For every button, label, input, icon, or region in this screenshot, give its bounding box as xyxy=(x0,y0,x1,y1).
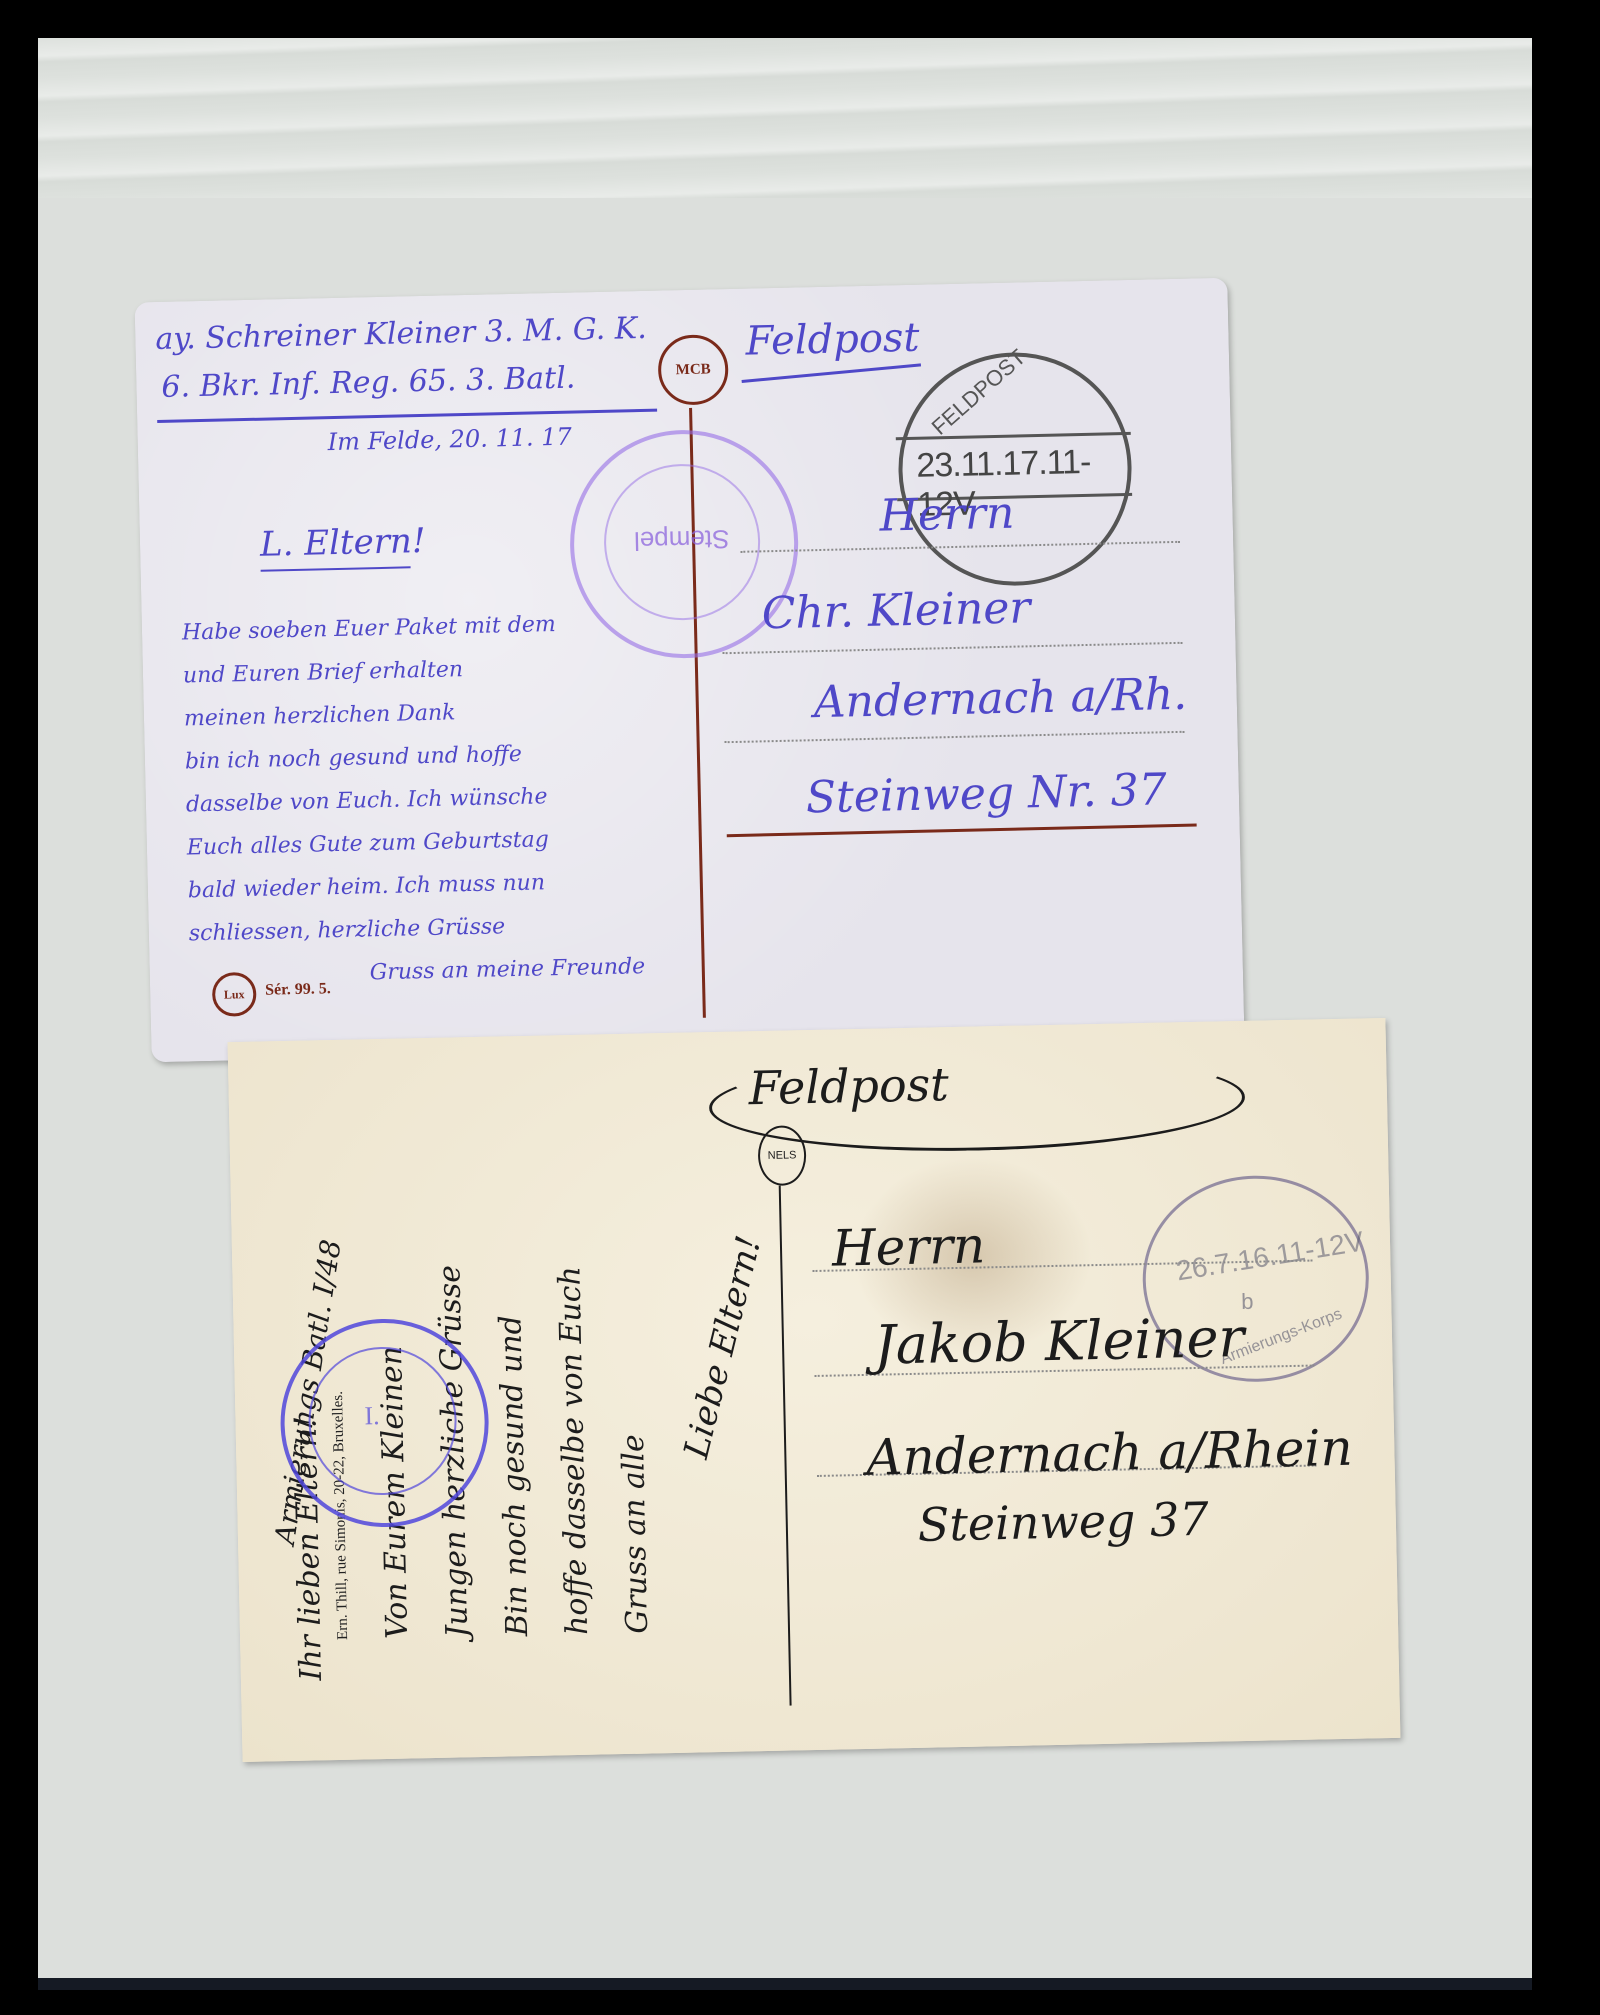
postcard-top: ay. Schreiner Kleiner 3. M. G. K. 6. Bkr… xyxy=(135,278,1245,1063)
message-line: Gruss an alle xyxy=(616,1434,655,1634)
nels-logo-icon: NELS xyxy=(757,1125,806,1186)
address-salutation: Herrn xyxy=(879,488,1015,542)
address-line xyxy=(725,731,1185,743)
background-strip xyxy=(38,1978,1532,1990)
address-city: Andernach a/Rh. xyxy=(813,669,1187,728)
message-line: Bin noch gesund und xyxy=(493,1315,535,1637)
greeting: Liebe Eltern! xyxy=(676,1232,769,1463)
feldpost-mark: Feldpost xyxy=(745,315,920,365)
feldpost-postmark: FELDPOST 23.11.17.11-12V xyxy=(896,350,1134,588)
sender-line-1: ay. Schreiner Kleiner 3. M. G. K. xyxy=(155,311,647,357)
address-city: Andernach a/Rhein xyxy=(866,1419,1353,1487)
feldpost-underline xyxy=(742,363,922,383)
address-street: Steinweg 37 xyxy=(917,1492,1209,1552)
address-name: Jakob Kleiner xyxy=(873,1306,1244,1377)
address-line xyxy=(723,642,1183,654)
address-street: Steinweg Nr. 37 xyxy=(805,764,1167,823)
sender-line-2: 6. Bkr. Inf. Reg. 65. 3. Batl. xyxy=(161,361,576,405)
address-line-bottom xyxy=(727,824,1197,838)
lux-logo-icon: Lux xyxy=(212,972,257,1017)
series-number: Sér. 99. 5. xyxy=(265,980,331,999)
address-salutation: Herrn xyxy=(831,1216,985,1277)
address-name: Chr. Kleiner xyxy=(761,582,1031,639)
publisher-logo-icon: MCB xyxy=(657,334,729,406)
postcard-bottom: Feldpost NELS 26.7.16.11-12V b Armierung… xyxy=(228,1018,1401,1762)
greeting: L. Eltern! xyxy=(260,521,426,565)
message-line: hoffe dasselbe von Euch xyxy=(552,1266,595,1636)
card-divider xyxy=(779,1186,792,1706)
date-line: Im Felde, 20. 11. 17 xyxy=(327,423,572,457)
sender-underline xyxy=(157,409,657,423)
greeting-underline xyxy=(261,566,411,571)
message-body: Habe soeben Euer Paket mit dem und Euren… xyxy=(182,600,691,998)
